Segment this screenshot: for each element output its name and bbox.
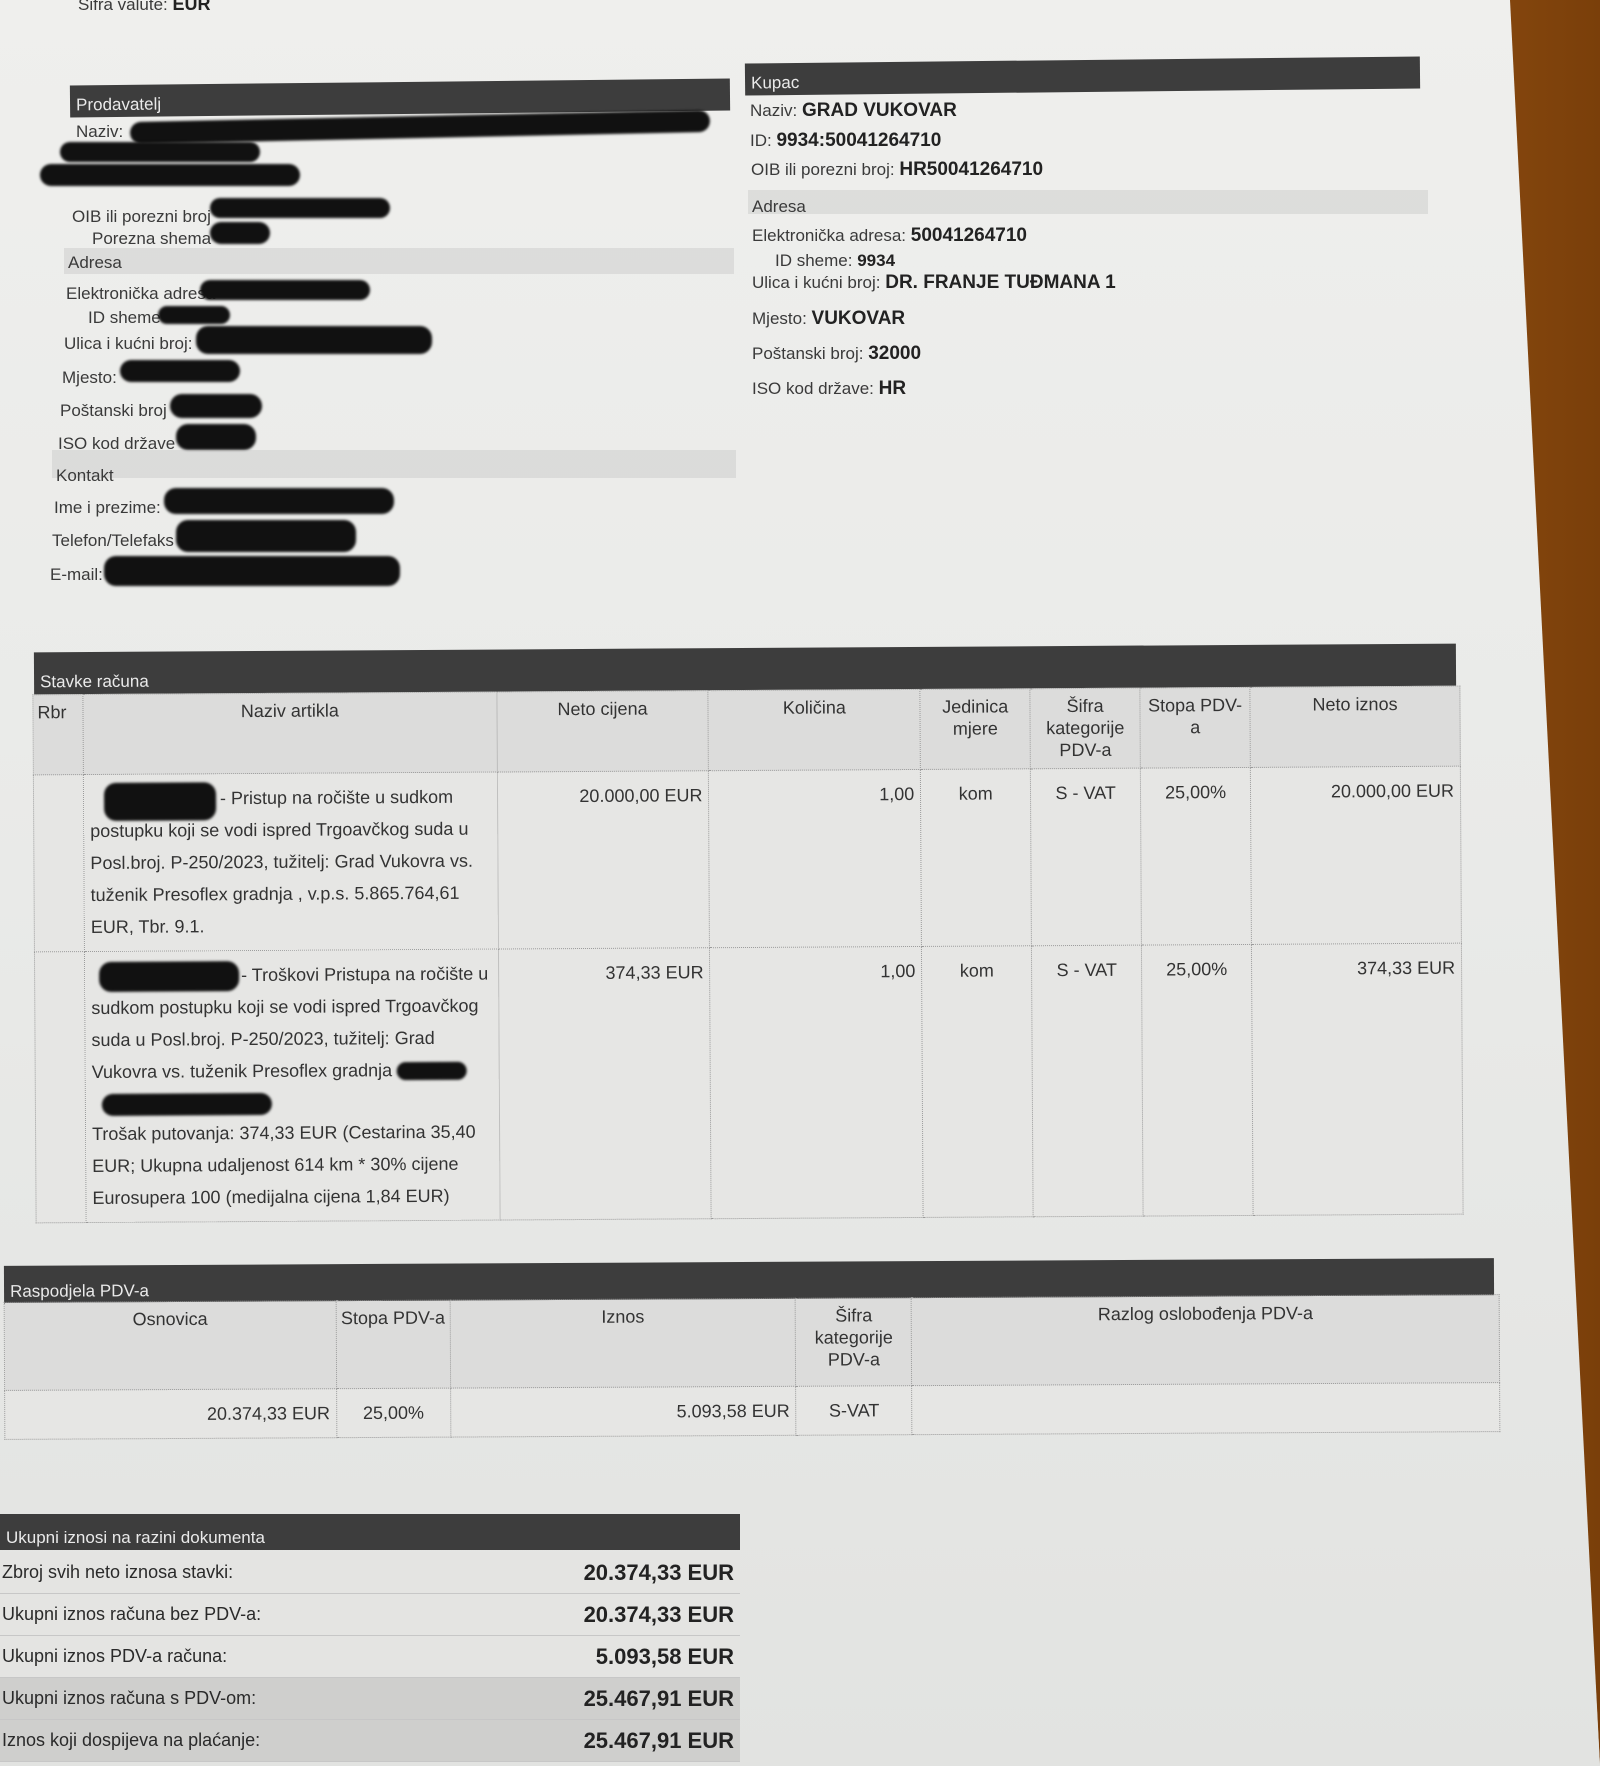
cell-neto-iznos: 20.000,00 EUR	[1250, 766, 1461, 944]
buyer-ulica-value: DR. FRANJE TUĐMANA 1	[885, 272, 1115, 293]
buyer-postanski-value: 32000	[868, 343, 921, 364]
buyer-iso: ISO kod države: HR	[752, 378, 906, 400]
col-jedinica: Jedinica mjere	[920, 689, 1030, 770]
buyer-id-sheme-value: 9934	[857, 251, 895, 270]
buyer-mjesto-label: Mjesto:	[752, 309, 807, 328]
cell-rbr	[33, 775, 84, 952]
buyer-e-address-label: Elektronička adresa:	[752, 226, 906, 245]
col-neto-iznos: Neto iznos	[1250, 686, 1460, 767]
table-row: - Pristup na ročište u sudkom postupku k…	[33, 766, 1461, 952]
cell-jedinica: kom	[922, 946, 1034, 1218]
seller-telefon-label: Telefon/Telefaks	[52, 531, 174, 551]
cell-kolicina: 1,00	[709, 769, 922, 947]
total-label: Ukupni iznos PDV-a računa:	[2, 1646, 227, 1667]
redaction-mark	[104, 556, 400, 586]
buyer-oib: OIB ili porezni broj: HR50041264710	[751, 159, 1043, 181]
buyer-naziv: Naziv: GRAD VUKOVAR	[750, 100, 957, 122]
total-value: 25.467,91 EUR	[584, 1728, 734, 1754]
col-kolicina: Količina	[708, 689, 920, 770]
redaction-mark	[60, 142, 260, 162]
total-row-amount-due: Iznos koji dospijeva na plaćanje: 25.467…	[0, 1720, 740, 1762]
cell-kolicina: 1,00	[710, 946, 923, 1218]
seller-contact-band	[52, 450, 736, 478]
total-label: Ukupni iznos računa bez PDV-a:	[2, 1604, 261, 1625]
col-iznos: Iznos	[450, 1298, 796, 1388]
buyer-header: Kupac	[745, 56, 1420, 95]
buyer-mjesto-value: VUKOVAR	[812, 308, 906, 329]
cell-sifra: S - VAT	[1031, 768, 1142, 946]
cell-stopa: 25,00%	[1142, 944, 1254, 1216]
buyer-id-sheme: ID sheme: 9934	[775, 251, 895, 271]
redaction-mark	[176, 520, 356, 552]
buyer-postanski-label: Poštanski broj:	[752, 344, 864, 363]
seller-adresa-label: Adresa	[68, 253, 122, 273]
cell-naziv: - Pristup na ročište u sudkom postupku k…	[83, 772, 498, 952]
items-table: Rbr Naziv artikla Neto cijena Količina J…	[32, 686, 1463, 1224]
cell-sifra: S - VAT	[1032, 945, 1144, 1217]
seller-porezna-shema-label: Porezna shema	[92, 229, 211, 249]
buyer-id-value: 9934:50041264710	[776, 130, 941, 151]
totals-header: Ukupni iznosi na razini dokumenta	[0, 1514, 740, 1550]
cell-stopa: 25,00%	[336, 1388, 450, 1438]
buyer-oib-value: HR50041264710	[899, 159, 1043, 180]
col-stopa: Stopa PDV-a	[336, 1300, 450, 1389]
currency-value: EUR	[173, 0, 211, 14]
buyer-ulica: Ulica i kućni broj: DR. FRANJE TUĐMANA 1	[752, 272, 1116, 294]
vat-title: Raspodjela PDV-a	[10, 1281, 149, 1302]
buyer-id-sheme-label: ID sheme:	[775, 251, 852, 270]
seller-oib-label: OIB ili porezni broj	[72, 207, 211, 227]
seller-ulica-label: Ulica i kućni broj:	[64, 334, 193, 354]
seller-title: Prodavatelj	[76, 95, 161, 116]
cell-neto-cijena: 20.000,00 EUR	[497, 771, 710, 949]
redacted-line	[92, 1086, 493, 1118]
seller-email-label: E-mail:	[50, 565, 103, 585]
buyer-address-band	[748, 190, 1428, 214]
cell-stopa: 25,00%	[1141, 767, 1252, 945]
buyer-e-address-value: 50041264710	[911, 225, 1027, 246]
currency-label: Šifra valute:	[78, 0, 168, 14]
item-travel-cost: Trošak putovanja: 374,33 EUR (Cestarina …	[92, 1116, 493, 1214]
cell-rbr	[34, 952, 86, 1223]
cell-osnovica: 20.374,33 EUR	[5, 1389, 337, 1440]
invoice-page: Šifra valute: EUR Prodavatelj Naziv: OIB…	[0, 0, 1600, 1766]
cell-neto-cijena: 374,33 EUR	[498, 948, 711, 1220]
redaction-mark	[397, 1062, 467, 1080]
total-label: Ukupni iznos računa s PDV-om:	[2, 1688, 256, 1709]
redaction-mark	[210, 198, 390, 218]
buyer-naziv-label: Naziv:	[750, 101, 797, 120]
seller-naziv-label: Naziv:	[76, 122, 123, 142]
cell-razlog	[912, 1383, 1500, 1435]
total-value: 25.467,91 EUR	[584, 1686, 734, 1712]
table-row: 20.374,33 EUR 25,00% 5.093,58 EUR S-VAT	[5, 1383, 1500, 1440]
redaction-mark	[170, 394, 262, 418]
seller-kontakt-label: Kontakt	[56, 466, 114, 486]
buyer-title: Kupac	[751, 73, 799, 94]
redaction-mark	[102, 1093, 272, 1116]
col-stopa: Stopa PDV-a	[1140, 687, 1250, 768]
total-value: 20.374,33 EUR	[584, 1560, 734, 1586]
cell-iznos: 5.093,58 EUR	[450, 1386, 796, 1437]
total-row-net-sum: Zbroj svih neto iznosa stavki: 20.374,33…	[0, 1552, 740, 1594]
buyer-naziv-value: GRAD VUKOVAR	[802, 100, 957, 121]
cell-neto-iznos: 374,33 EUR	[1252, 943, 1464, 1215]
total-label: Iznos koji dospijeva na plaćanje:	[2, 1730, 260, 1751]
redaction-mark	[99, 961, 239, 992]
redaction-mark	[164, 488, 394, 514]
buyer-e-address: Elektronička adresa: 50041264710	[752, 225, 1027, 247]
buyer-id-label: ID:	[750, 131, 772, 150]
col-rbr: Rbr	[33, 695, 83, 775]
redaction-mark	[120, 360, 240, 382]
redaction-mark	[104, 782, 216, 821]
cell-jedinica: kom	[921, 769, 1032, 947]
total-row-without-vat: Ukupni iznos računa bez PDV-a: 20.374,33…	[0, 1594, 740, 1636]
buyer-id: ID: 9934:50041264710	[750, 130, 941, 152]
totals-list: Zbroj svih neto iznosa stavki: 20.374,33…	[0, 1552, 740, 1762]
total-row-vat: Ukupni iznos PDV-a računa: 5.093,58 EUR	[0, 1636, 740, 1678]
buyer-iso-value: HR	[879, 378, 906, 399]
items-header-row: Rbr Naziv artikla Neto cijena Količina J…	[33, 686, 1460, 775]
redaction-mark	[158, 306, 230, 324]
seller-ime-label: Ime i prezime:	[54, 498, 161, 518]
cell-sifra: S-VAT	[796, 1386, 912, 1436]
cell-naziv: - Troškovi Pristupa na ročište u sudkom …	[84, 949, 499, 1223]
col-sifra: Šifra kategorije PDV-a	[796, 1298, 912, 1387]
table-row: - Troškovi Pristupa na ročište u sudkom …	[34, 943, 1463, 1223]
buyer-postanski: Poštanski broj: 32000	[752, 343, 921, 365]
totals-title: Ukupni iznosi na razini dokumenta	[6, 1528, 265, 1548]
col-neto-cijena: Neto cijena	[497, 691, 709, 772]
seller-address-band	[64, 248, 734, 274]
buyer-adresa-label: Adresa	[752, 197, 806, 217]
total-value: 20.374,33 EUR	[584, 1602, 734, 1628]
redaction-mark	[200, 280, 370, 300]
items-title: Stavke računa	[40, 672, 149, 693]
total-row-with-vat: Ukupni iznos računa s PDV-om: 25.467,91 …	[0, 1678, 740, 1720]
col-sifra: Šifra kategorije PDV-a	[1030, 688, 1140, 769]
redaction-mark	[176, 424, 256, 450]
col-razlog: Razlog oslobođenja PDV-a	[912, 1295, 1500, 1386]
redaction-mark	[40, 164, 300, 186]
currency-line: Šifra valute: EUR	[78, 0, 211, 15]
seller-postanski-label: Poštanski broj	[60, 401, 167, 421]
redaction-mark	[196, 326, 432, 354]
col-naziv: Naziv artikla	[83, 692, 497, 775]
seller-id-sheme-label: ID sheme	[88, 308, 161, 328]
seller-e-address-label: Elektronička adresa	[66, 284, 215, 304]
total-value: 5.093,58 EUR	[596, 1644, 734, 1670]
buyer-mjesto: Mjesto: VUKOVAR	[752, 308, 905, 330]
vat-header-row: Osnovica Stopa PDV-a Iznos Šifra kategor…	[4, 1295, 1499, 1391]
vat-table: Osnovica Stopa PDV-a Iznos Šifra kategor…	[4, 1294, 1501, 1440]
buyer-oib-label: OIB ili porezni broj:	[751, 160, 895, 179]
total-label: Zbroj svih neto iznosa stavki:	[2, 1562, 233, 1583]
buyer-ulica-label: Ulica i kućni broj:	[752, 273, 881, 292]
buyer-iso-label: ISO kod države:	[752, 379, 874, 398]
col-osnovica: Osnovica	[4, 1301, 336, 1391]
seller-mjesto-label: Mjesto:	[62, 368, 117, 388]
redaction-mark	[210, 222, 270, 244]
